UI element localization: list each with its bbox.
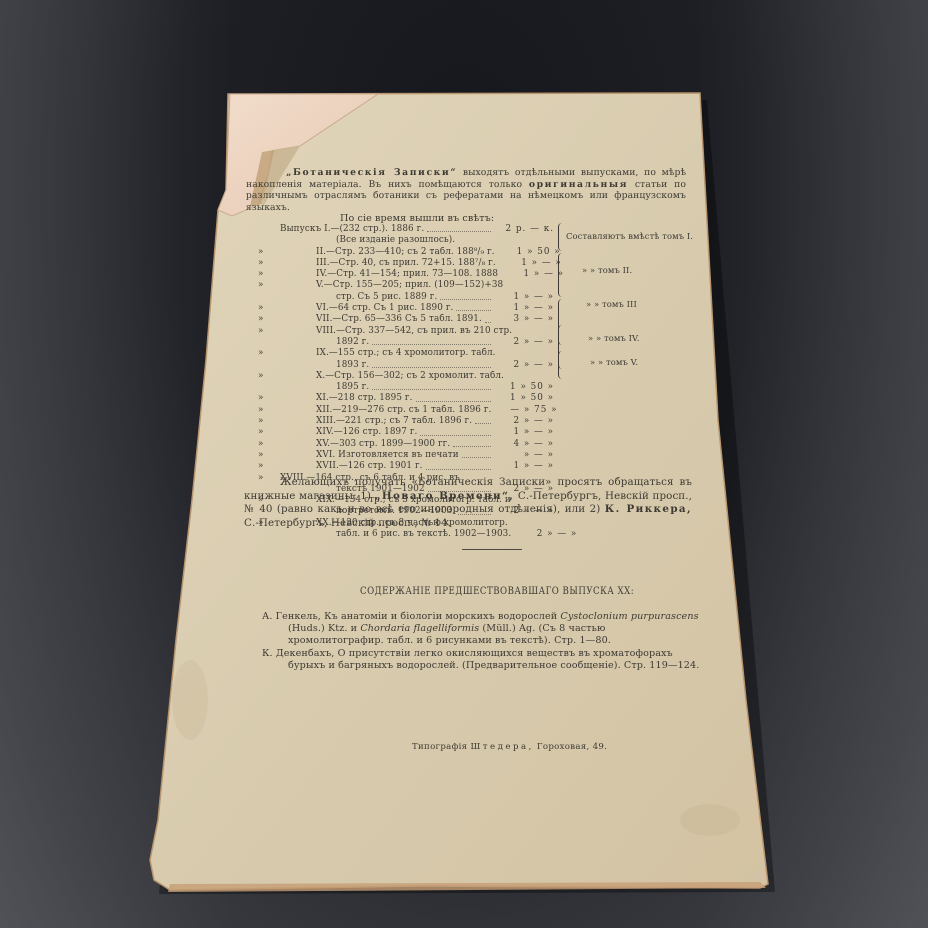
issue-price: 2 » — » (494, 337, 554, 348)
ditto-mark: » (254, 247, 280, 258)
leader-dots (427, 224, 491, 232)
issue-row: табл. и 6 рис. въ текстѣ. 1902—1903.2 » … (254, 529, 554, 540)
brace (558, 253, 563, 297)
issue-description: II.—Стр. 233—410; съ 2 табл. 188⁸/₉ г. (280, 247, 495, 258)
issue-row: 1892 г.2 » — » (254, 337, 554, 348)
issue-price: 1 » — » (494, 461, 554, 472)
ditto-mark (254, 529, 280, 540)
ditto-mark: » (254, 393, 280, 404)
issue-row: »IX.—155 стр.; съ 4 хромолитогр. табл. (254, 348, 554, 359)
species-name: Cystoclonium purpurascens (560, 611, 698, 622)
contents-entry: К. Декенбахъ, О присутствiи легко окисля… (262, 648, 702, 672)
issue-row: »V.—Стр. 155—205; прил. (109—152)+38 (254, 280, 554, 291)
issue-description: XII.—219—276 стр. съ 1 табл. 1896 г. (280, 405, 492, 416)
issue-description: XVI. Изготовляется въ печати (280, 450, 459, 461)
ditto-mark (254, 224, 280, 235)
issue-description: (Все изданiе разошлось). (280, 235, 554, 246)
printer-imprint: Типографiя Штедера, Гороховая, 49. (412, 742, 607, 754)
issue-row: Выпускъ I.—(232 стр.). 1886 г.2 р. — к. (254, 224, 554, 235)
issue-row: »VII.—Стр. 65—336 Съ 5 табл. 1891.3 » — … (254, 314, 554, 325)
ditto-mark: » (254, 303, 280, 314)
issue-row: »III.—Стр. 40, съ прил. 72+15. 188⁷/₈ г.… (254, 258, 554, 269)
leader-dots (475, 416, 491, 424)
ditto-mark: » (254, 258, 280, 269)
issue-price: 1 » — » (494, 303, 554, 314)
leader-dots (440, 292, 491, 300)
issue-description: табл. и 6 рис. въ текстѣ. 1902—1903. (280, 529, 511, 540)
issue-row: 1895 г.1 » 50 » (254, 382, 554, 393)
issue-description: XVII.—126 стр. 1901 г. (280, 461, 423, 472)
leader-dots (420, 427, 491, 435)
issue-row: »VI.—64 стр. Съ 1 рис. 1890 г.1 » — » (254, 303, 554, 314)
issue-price: 1 » — » (494, 427, 554, 438)
issue-description: XIV.—126 стр. 1897 г. (280, 427, 417, 438)
issue-price: 4 » — » (494, 439, 554, 450)
printer-prefix: Типографiя (412, 742, 467, 752)
volume-label: » » томъ IV. (588, 333, 640, 345)
issue-row: »XIV.—126 стр. 1897 г.1 » — » (254, 427, 554, 438)
ditto-mark: » (254, 450, 280, 461)
species-name: Chordaria flagelliformis (360, 623, 479, 634)
issue-row: »XI.—218 стр. 1895 г.1 » 50 » (254, 393, 554, 404)
order-end: С.-Петербургъ, Невскiй просп., № 14. (244, 517, 451, 529)
leader-dots (372, 337, 491, 345)
issue-description: Выпускъ I.—(232 стр.). 1886 г. (280, 224, 424, 235)
leader-dots (372, 382, 491, 390)
issue-description: XIII.—221 стр.; съ 7 табл. 1896 г. (280, 416, 472, 427)
ditto-mark: » (254, 326, 280, 337)
issue-price: 1 » 50 » (494, 382, 554, 393)
entry-text: Къ анатомiи и бiологiи морскихъ водоросл… (324, 611, 557, 622)
issue-description: XI.—218 стр. 1895 г. (280, 393, 413, 404)
issue-description: 1895 г. (280, 382, 369, 393)
leader-dots (372, 360, 491, 368)
issue-price: » — » (494, 450, 554, 461)
issue-price: 1 » 50 » (501, 247, 561, 258)
issue-price: 2 » — » (517, 529, 577, 540)
ditto-mark: » (254, 280, 280, 291)
entry-author: К. Декенбахъ, (262, 648, 334, 659)
leader-dots (426, 461, 491, 469)
issue-row: »XVI. Изготовляется въ печати» — » (254, 450, 554, 461)
ditto-mark: » (254, 416, 280, 427)
volume-label: » » томъ III (586, 299, 637, 311)
leader-dots (485, 314, 491, 322)
issue-description: IX.—155 стр.; съ 4 хромолитогр. табл. (280, 348, 554, 359)
leader-dots (462, 450, 491, 458)
issue-row: »IV.—Стр. 41—154; прил. 73—108. 18881 » … (254, 269, 554, 280)
issue-description: VII.—Стр. 65—336 Съ 5 табл. 1891. (280, 314, 482, 325)
ditto-mark: » (254, 427, 280, 438)
issue-row: »VIII.—Стр. 337—542, съ прил. въ 210 стр… (254, 326, 554, 337)
volume-label: » » томъ V. (590, 357, 638, 369)
volume-label: » » томъ II. (582, 265, 632, 277)
ditto-mark: » (254, 348, 280, 359)
entry-text: (Huds.) Ktz. и (288, 623, 357, 634)
ditto-mark: » (254, 371, 280, 382)
brace (558, 223, 563, 251)
issue-price: 3 » — » (494, 314, 554, 325)
leader-dots (456, 303, 491, 311)
issue-price: 1 » — » (502, 258, 562, 269)
issue-description: XV.—303 стр. 1899—1900 гг. (280, 439, 450, 450)
ditto-mark (254, 360, 280, 371)
ditto-mark (254, 292, 280, 303)
issue-description: VI.—64 стр. Съ 1 рис. 1890 г. (280, 303, 453, 314)
issue-row: стр. Съ 5 рис. 1889 г.1 » — » (254, 292, 554, 303)
ditto-mark: » (254, 314, 280, 325)
ditto-mark (254, 337, 280, 348)
issue-price: 2 » — » (494, 360, 554, 371)
leader-dots (453, 439, 491, 447)
issue-description: X.—Стр. 156—302; съ 2 хромолит. табл. (280, 371, 554, 382)
issue-row: »XVII.—126 стр. 1901 г.1 » — » (254, 461, 554, 472)
issue-row: »II.—Стр. 233—410; съ 2 табл. 188⁸/₉ г.1… (254, 247, 554, 258)
issue-price: — » 75 » (498, 405, 558, 416)
issue-price: 1 » 50 » (494, 393, 554, 404)
issue-row: »XII.—219—276 стр. съ 1 табл. 1896 г.— »… (254, 405, 554, 416)
issue-price: 2 » — » (494, 416, 554, 427)
volume-label: Составляютъ вмѣстѣ томъ I. (566, 231, 693, 243)
issue-description: стр. Съ 5 рис. 1889 г. (280, 292, 437, 303)
contents-list: А. Генкель, Къ анатомiи и бiологiи морск… (262, 611, 702, 672)
leader-dots (416, 393, 491, 401)
ditto-mark: » (254, 405, 280, 416)
issue-row: »XIII.—221 стр.; съ 7 табл. 1896 г.2 » —… (254, 416, 554, 427)
order-paragraph: Желающихъ получать «Ботаническiя Записки… (244, 476, 692, 530)
issue-price: 1 » — » (504, 269, 564, 280)
issue-description: IV.—Стр. 41—154; прил. 73—108. 1888 (280, 269, 498, 280)
bookshop-ricker: К. Риккера, (605, 503, 692, 515)
ditto-mark: » (254, 439, 280, 450)
issue-description: III.—Стр. 40, съ прил. 72+15. 188⁷/₈ г. (280, 258, 496, 269)
issues-heading: По сiе время вышли въ свѣтъ: (340, 213, 494, 225)
divider-rule (462, 549, 522, 550)
intro-bold-word: оригинальныя (529, 179, 628, 190)
issue-description: V.—Стр. 155—205; прил. (109—152)+38 (280, 280, 554, 291)
journal-back-cover: „Ботаническiя Записки“ выходятъ отдѣльны… (0, 0, 928, 928)
bookshop-novoe-vremya: „Новаго Времени“, (375, 490, 515, 502)
journal-title: „Ботаническiя Записки“ (286, 167, 457, 178)
issue-price: 2 р. — к. (494, 224, 554, 235)
issue-description: 1892 г. (280, 337, 369, 348)
issue-row: (Все изданiе разошлось). (254, 235, 554, 246)
ditto-mark (254, 382, 280, 393)
contents-entry: А. Генкель, Къ анатомiи и бiологiи морск… (262, 611, 702, 648)
contents-title: СОДЕРЖАНIЕ ПРЕДШЕСТВОВАВШАГО ВЫПУСКА XX: (360, 586, 634, 598)
ditto-mark (254, 235, 280, 246)
entry-author: А. Генкель, (262, 611, 321, 622)
printer-name: Штедера, (470, 742, 533, 752)
issue-row: 1893 г.2 » — » (254, 360, 554, 371)
printer-address: Гороховая, 49. (537, 742, 607, 752)
brace (558, 351, 563, 379)
ditto-mark: » (254, 269, 280, 280)
issue-row: »XV.—303 стр. 1899—1900 гг.4 » — » (254, 439, 554, 450)
issue-description: 1893 г. (280, 360, 369, 371)
issue-description: VIII.—Стр. 337—542, съ прил. въ 210 стр. (280, 326, 554, 337)
ditto-mark: » (254, 461, 280, 472)
entry-text: О присутствiи легко окисляющихся веществ… (288, 648, 699, 671)
issue-price: 1 » — » (494, 292, 554, 303)
issue-row: »X.—Стр. 156—302; съ 2 хромолит. табл. (254, 371, 554, 382)
intro-paragraph: „Ботаническiя Записки“ выходятъ отдѣльны… (246, 167, 686, 213)
